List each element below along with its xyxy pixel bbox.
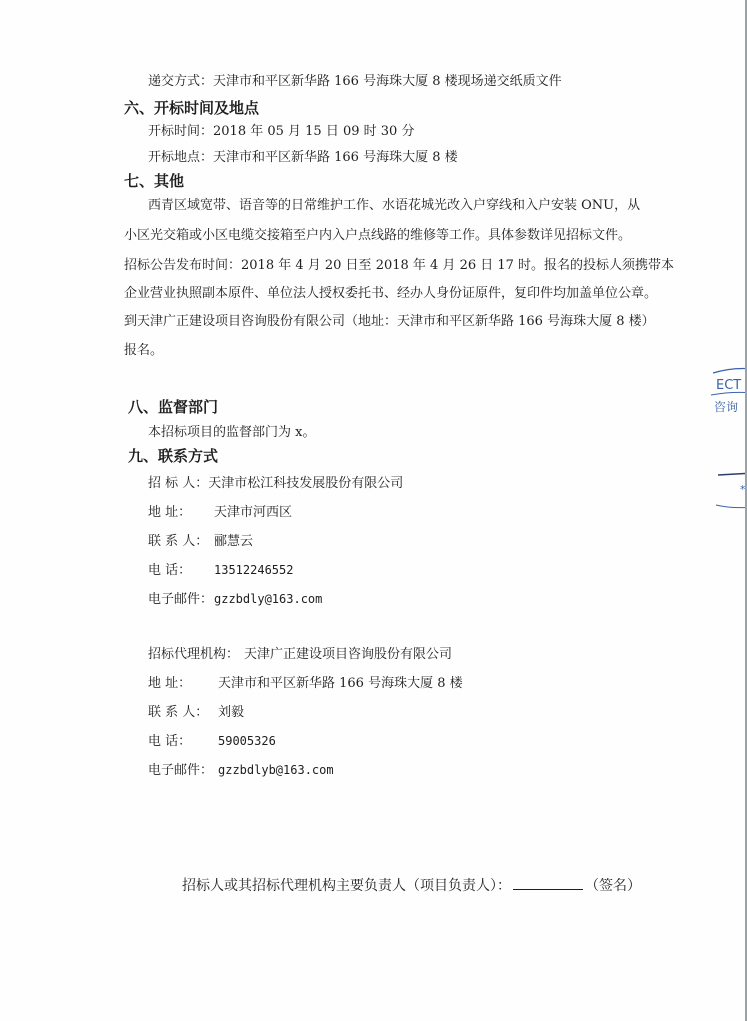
tenderer-email: gzzbdly@163.com bbox=[214, 592, 322, 606]
tenderer-contact: 郦慧云 bbox=[214, 534, 253, 549]
tenderer-phone-label: 电 话： bbox=[148, 563, 214, 579]
tenderer-address-row: 地 址：天津市河西区 bbox=[148, 505, 292, 521]
section-7-line-1: 西青区域宽带、语音等的日常维护工作、水语花城光改入户穿线和入户安装 ONU，从 bbox=[148, 198, 640, 214]
agency-contact-row: 联 系 人：刘毅 bbox=[148, 705, 244, 721]
agency-name-row: 招标代理机构：天津广正建设项目咨询股份有限公司 bbox=[148, 647, 452, 663]
supervision-text: 本招标项目的监督部门为 x。 bbox=[148, 425, 315, 441]
submission-method: 递交方式：天津市和平区新华路 166 号海珠大厦 8 楼现场递交纸质文件 bbox=[148, 74, 562, 90]
agency-email-row: 电子邮件：gzzbdlyb@163.com bbox=[148, 762, 334, 779]
tenderer-name-row: 招 标 人：天津市松江科技发展股份有限公司 bbox=[148, 476, 403, 492]
tenderer-address: 天津市河西区 bbox=[214, 505, 292, 520]
agency-phone-row: 电 话：59005326 bbox=[148, 733, 276, 750]
tenderer-contact-row: 联 系 人：郦慧云 bbox=[148, 534, 253, 550]
agency-contact: 刘毅 bbox=[218, 705, 244, 720]
agency-email-label: 电子邮件： bbox=[148, 763, 218, 779]
opening-time: 开标时间：2018 年 05 月 15 日 09 时 30 分 bbox=[148, 124, 414, 140]
tenderer-email-row: 电子邮件：gzzbdly@163.com bbox=[148, 591, 322, 608]
agency-phone: 59005326 bbox=[218, 734, 276, 748]
agency-name: 天津广正建设项目咨询股份有限公司 bbox=[244, 647, 452, 662]
signature-suffix: （签名） bbox=[585, 878, 641, 894]
tenderer-phone-row: 电 话：13512246552 bbox=[148, 562, 293, 579]
signature-blank[interactable] bbox=[513, 876, 583, 890]
section-7-line-2: 小区光交箱或小区电缆交接箱至户内入户点线路的维修等工作。具体参数详见招标文件。 bbox=[124, 228, 631, 244]
agency-phone-label: 电 话： bbox=[148, 734, 218, 750]
official-seal-stamp: ECT 咨询 * bbox=[708, 365, 747, 515]
section-7-heading: 七、其他 bbox=[124, 172, 184, 190]
svg-text:ECT: ECT bbox=[716, 378, 741, 393]
section-8-heading: 八、监督部门 bbox=[128, 398, 218, 416]
section-7-line-6: 报名。 bbox=[124, 343, 163, 359]
agency-name-label: 招标代理机构： bbox=[148, 647, 244, 663]
agency-address-label: 地 址： bbox=[148, 676, 218, 692]
document-page: 递交方式：天津市和平区新华路 166 号海珠大厦 8 楼现场递交纸质文件 六、开… bbox=[0, 0, 747, 1021]
agency-contact-label: 联 系 人： bbox=[148, 705, 218, 721]
tenderer-address-label: 地 址： bbox=[148, 505, 214, 521]
opening-place: 开标地点：天津市和平区新华路 166 号海珠大厦 8 楼 bbox=[148, 150, 458, 166]
tenderer-email-label: 电子邮件： bbox=[148, 592, 214, 608]
section-7-line-4: 企业营业执照副本原件、单位法人授权委托书、经办人身份证原件，复印件均加盖单位公章… bbox=[124, 286, 657, 302]
tenderer-name: 天津市松江科技发展股份有限公司 bbox=[208, 476, 403, 491]
signature-prefix: 招标人或其招标代理机构主要负责人（项目负责人）： bbox=[182, 878, 511, 894]
section-7-line-5: 到天津广正建设项目咨询股份有限公司（地址：天津市和平区新华路 166 号海珠大厦… bbox=[124, 314, 655, 330]
tenderer-contact-label: 联 系 人： bbox=[148, 534, 214, 550]
section-7-line-3: 招标公告发布时间：2018 年 4 月 20 日至 2018 年 4 月 26 … bbox=[124, 258, 674, 274]
svg-text:咨询: 咨询 bbox=[714, 400, 738, 414]
agency-address-row: 地 址：天津市和平区新华路 166 号海珠大厦 8 楼 bbox=[148, 676, 463, 692]
agency-email: gzzbdlyb@163.com bbox=[218, 763, 334, 777]
agency-address: 天津市和平区新华路 166 号海珠大厦 8 楼 bbox=[218, 676, 463, 691]
section-6-heading: 六、开标时间及地点 bbox=[124, 99, 259, 117]
signature-line: 招标人或其招标代理机构主要负责人（项目负责人）：（签名） bbox=[182, 876, 641, 894]
section-9-heading: 九、联系方式 bbox=[128, 447, 218, 465]
tenderer-name-label: 招 标 人： bbox=[148, 476, 208, 492]
tenderer-phone: 13512246552 bbox=[214, 563, 293, 577]
